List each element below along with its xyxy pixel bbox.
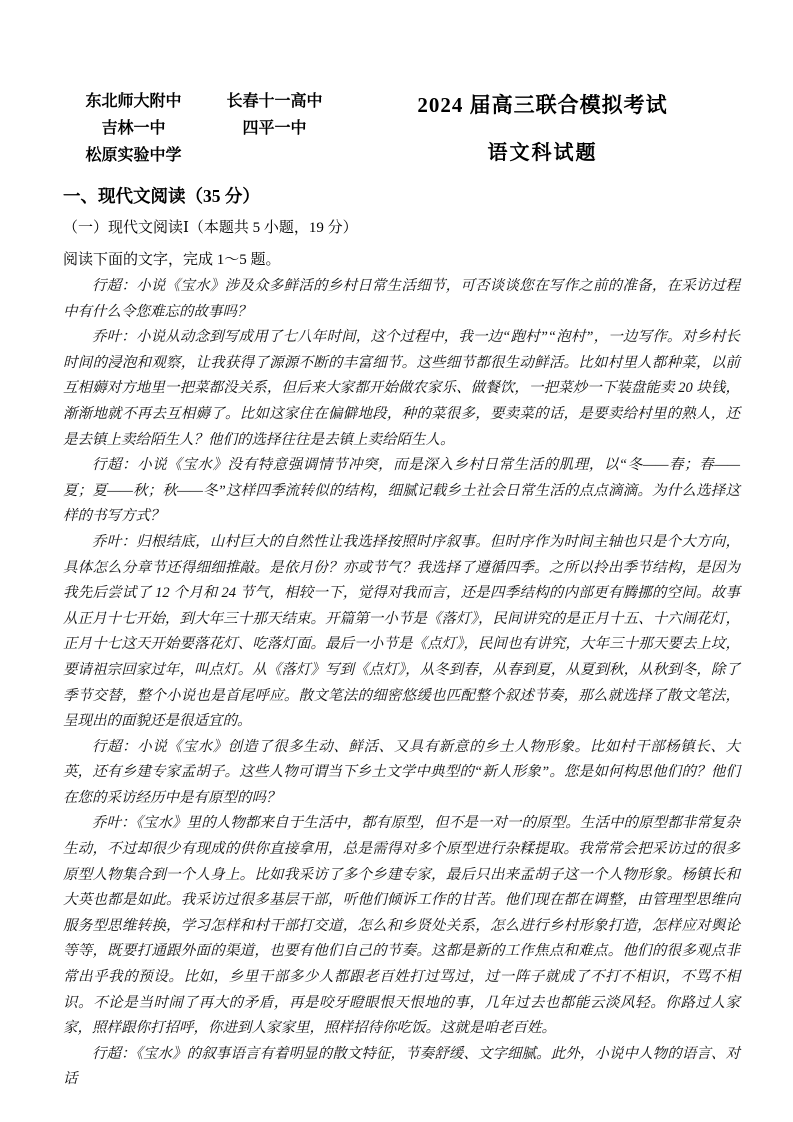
school-name: 东北师大附中 (63, 88, 204, 115)
exam-header: 东北师大附中 长春十一高中 吉林一中 四平一中 松原实验中学 2024 届高三联… (63, 88, 740, 169)
reading-instruction: 阅读下面的文字，完成 1～5 题。 (63, 248, 740, 269)
paragraph-text: 小说《宝水》涉及众多鲜活的乡村日常生活细节，可否谈谈您在写作之前的准备，在采访过… (63, 278, 740, 320)
school-name-empty (204, 142, 345, 169)
speaker-name: 乔叶： (92, 815, 136, 831)
exam-title-block: 2024 届高三联合模拟考试 语文科试题 (345, 88, 740, 165)
paragraph-text: 小说《宝水》没有特意强调情节冲突，而是深入乡村日常生活的肌理，以“冬——春；春—… (63, 457, 740, 524)
school-row: 东北师大附中 长春十一高中 (63, 88, 345, 115)
school-name: 长春十一高中 (204, 88, 345, 115)
school-row: 松原实验中学 (63, 142, 345, 169)
passage-paragraph: 乔叶：归根结底，山村巨大的自然性让我选择按照时序叙事。但时序作为时间主轴也只是个… (63, 530, 740, 735)
passage-paragraph: 乔叶：《宝水》里的人物都来自于生活中，都有原型，但不是一对一的原型。生活中的原型… (63, 811, 740, 1041)
paragraph-text: 小说《宝水》创造了很多生动、鲜活、又具有新意的乡土人物形象。比如村干部杨镇长、大… (63, 739, 740, 806)
interview-passage: 行超：小说《宝水》涉及众多鲜活的乡村日常生活细节，可否谈谈您在写作之前的准备，在… (63, 274, 740, 1093)
paragraph-text: 《宝水》里的人物都来自于生活中，都有原型，但不是一对一的原型。生活中的原型都非常… (63, 815, 740, 1036)
subsection-heading: （一）现代文阅读Ⅰ（本题共 5 小题，19 分） (63, 216, 740, 237)
section-heading: 一、现代文阅读（35 分） (63, 183, 740, 208)
passage-paragraph: 行超：小说《宝水》没有特意强调情节冲突，而是深入乡村日常生活的肌理，以“冬——春… (63, 453, 740, 530)
speaker-name: 乔叶： (92, 534, 136, 550)
school-name: 四平一中 (204, 115, 345, 142)
school-row: 吉林一中 四平一中 (63, 115, 345, 142)
speaker-name: 行超： (92, 457, 137, 473)
subject-title: 语文科试题 (345, 136, 740, 165)
exam-paper-page: 东北师大附中 长春十一高中 吉林一中 四平一中 松原实验中学 2024 届高三联… (0, 0, 793, 1122)
passage-paragraph: 行超：《宝水》的叙事语言有着明显的散文特征，节奏舒缓、文字细腻。此外，小说中人物… (63, 1042, 740, 1093)
passage-paragraph: 乔叶：小说从动念到写成用了七八年时间，这个过程中，我一边“跑村”“泡村”，一边写… (63, 325, 740, 453)
school-list: 东北师大附中 长春十一高中 吉林一中 四平一中 松原实验中学 (63, 88, 345, 169)
paragraph-text: 归根结底，山村巨大的自然性让我选择按照时序叙事。但时序作为时间主轴也只是个大方向… (63, 534, 740, 729)
exam-content: 一、现代文阅读（35 分） （一）现代文阅读Ⅰ（本题共 5 小题，19 分） 阅… (63, 183, 740, 1093)
passage-paragraph: 行超：小说《宝水》创造了很多生动、鲜活、又具有新意的乡土人物形象。比如村干部杨镇… (63, 735, 740, 812)
school-name: 吉林一中 (63, 115, 204, 142)
speaker-name: 行超： (92, 278, 136, 294)
school-name: 松原实验中学 (63, 142, 204, 169)
speaker-name: 行超： (92, 1046, 136, 1062)
speaker-name: 乔叶： (92, 329, 136, 345)
paragraph-text: 《宝水》的叙事语言有着明显的散文特征，节奏舒缓、文字细腻。此外，小说中人物的语言… (63, 1046, 740, 1088)
passage-paragraph: 行超：小说《宝水》涉及众多鲜活的乡村日常生活细节，可否谈谈您在写作之前的准备，在… (63, 274, 740, 325)
paragraph-text: 小说从动念到写成用了七八年时间，这个过程中，我一边“跑村”“泡村”，一边写作。对… (63, 329, 740, 447)
speaker-name: 行超： (92, 739, 137, 755)
exam-title: 2024 届高三联合模拟考试 (345, 89, 740, 119)
